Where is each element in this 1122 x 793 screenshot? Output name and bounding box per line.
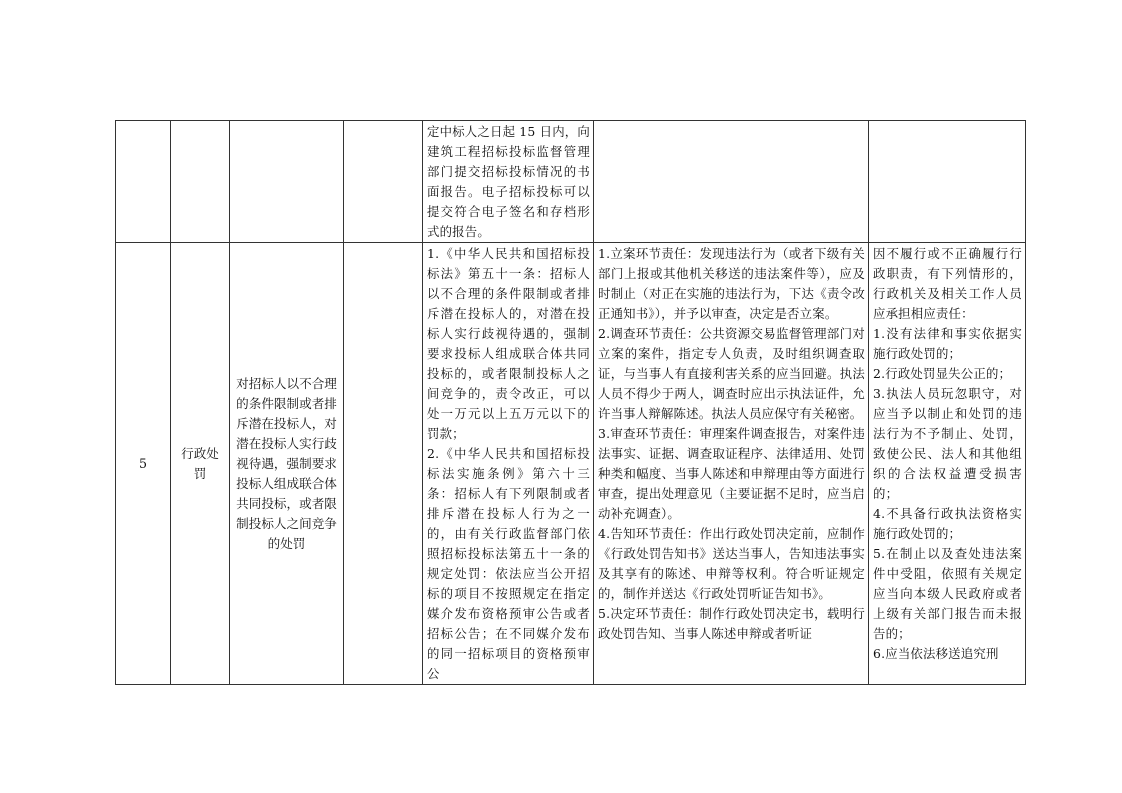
power-list-table: 定中标人之日起 15 日内，向建筑工程招标投标监督管理部门提交招标投标情况的书面… <box>115 120 1026 685</box>
legal-basis-cell: 1.《中华人民共和国招标投标法》第五十一条：招标人以不合理的条件限制或者排斥潜在… <box>423 243 594 685</box>
responsibility-cell <box>594 121 869 243</box>
legal-basis-cell: 定中标人之日起 15 日内，向建筑工程招标投标监督管理部门提交招标投标情况的书面… <box>423 121 594 243</box>
index-cell: 5 <box>116 243 171 685</box>
type-cell <box>171 121 230 243</box>
responsibility-cell: 1.立案环节责任：发现违法行为（或者下级有关部门上报或其他机关移送的违法案件等）… <box>594 243 869 685</box>
empty-cell <box>344 121 423 243</box>
empty-cell <box>344 243 423 685</box>
item-name-cell <box>230 121 344 243</box>
index-cell <box>116 121 171 243</box>
item-name-cell: 对招标人以不合理的条件限制或者排斥潜在投标人，对潜在投标人实行歧视待遇，强制要求… <box>230 243 344 685</box>
table-row: 定中标人之日起 15 日内，向建筑工程招标投标监督管理部门提交招标投标情况的书面… <box>116 121 1026 243</box>
accountability-cell <box>869 121 1026 243</box>
accountability-cell: 因不履行或不正确履行行政职责，有下列情形的，行政机关及相关工作人员应承担相应责任… <box>869 243 1026 685</box>
type-cell: 行政处罚 <box>171 243 230 685</box>
table-row: 5 行政处罚 对招标人以不合理的条件限制或者排斥潜在投标人，对潜在投标人实行歧视… <box>116 243 1026 685</box>
